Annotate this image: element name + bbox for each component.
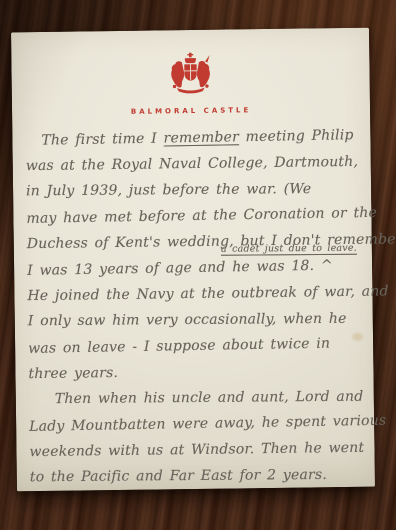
handwritten-text: Lady Mountbatten were away, he spent var… bbox=[29, 413, 386, 435]
handwritten-text: meeting Philip bbox=[239, 127, 354, 145]
letterhead-title: BALMORAL CASTLE bbox=[12, 105, 370, 118]
handwritten-text: in July 1939, just before the war. (We bbox=[26, 181, 311, 199]
handwritten-text: Then when his uncle and aunt, Lord and bbox=[55, 389, 364, 407]
handwritten-text: He joined the Navy at the outbreak of wa… bbox=[27, 283, 388, 304]
handwritten-text: was on leave - I suppose about twice in bbox=[28, 336, 330, 357]
handwritten-text: I was 13 years of age and he was 18. ^ bbox=[27, 258, 333, 279]
handwritten-text: may have met before at the Coronation or… bbox=[26, 205, 377, 227]
royal-coat-of-arms-icon bbox=[163, 52, 218, 103]
handwritten-text: The first time I bbox=[41, 131, 163, 149]
letter-line: weekends with us at Windsor. Then he wen… bbox=[29, 435, 369, 465]
handwritten-text: remember bbox=[163, 129, 239, 146]
letter-line: He joined the Navy at the outbreak of wa… bbox=[27, 279, 367, 309]
handwritten-text: was at the Royal Naval College, Dartmout… bbox=[26, 154, 359, 174]
handwritten-text: three years. bbox=[28, 365, 118, 382]
letterhead: BALMORAL CASTLE bbox=[11, 50, 370, 118]
handwritten-text: to the Pacific and Far East for 2 years. bbox=[30, 467, 327, 485]
letter-photo: BALMORAL CASTLE The first time I remembe… bbox=[0, 0, 396, 530]
letter-body: The first time I remember meeting Philip… bbox=[25, 123, 370, 491]
letter-line: was at the Royal Naval College, Dartmout… bbox=[26, 149, 366, 179]
handwritten-text: I only saw him very occasionally, when h… bbox=[28, 311, 347, 330]
letter-paper: BALMORAL CASTLE The first time I remembe… bbox=[11, 28, 375, 492]
letter-line: to the Pacific and Far East for 2 years. bbox=[30, 462, 370, 491]
letter-line: three years. bbox=[28, 357, 368, 387]
handwritten-text: weekends with us at Windsor. Then he wen… bbox=[29, 440, 364, 460]
